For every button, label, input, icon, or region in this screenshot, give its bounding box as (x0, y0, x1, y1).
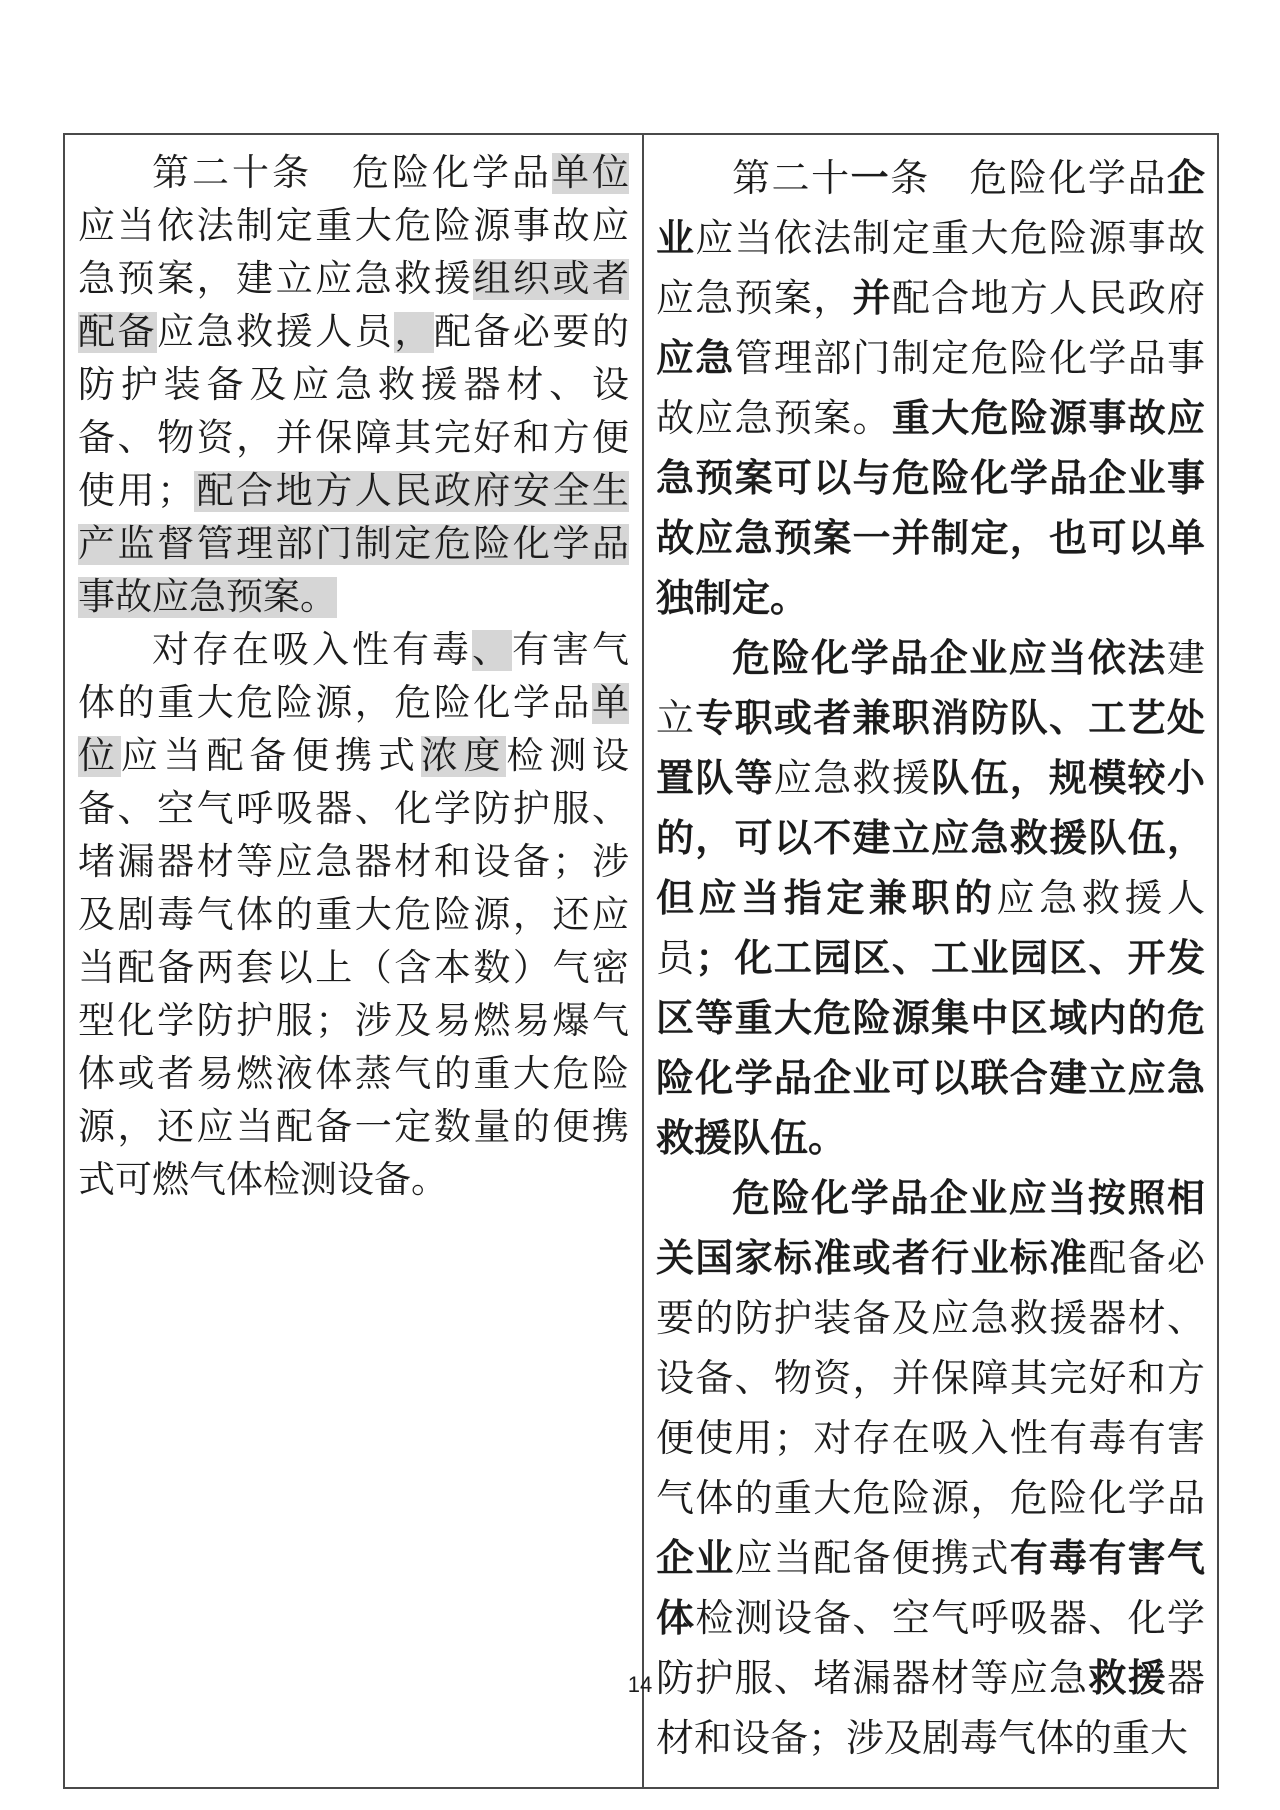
text-run: 应急救援 (774, 758, 931, 800)
highlighted-text-run: 单位 (552, 153, 629, 194)
left-column-cell: 第二十条 危险化学品单位应当依法制定重大危险源事故应急预案，建立应急救援组织或者… (64, 134, 643, 1788)
text-run: 第二十 (732, 158, 851, 200)
text-run: 检测设备、空气呼吸器、化学防护服、堵漏器材等应急器材和设备；涉及剧毒气体的重大危… (78, 736, 629, 1201)
document-page: 第二十条 危险化学品单位应当依法制定重大危险源事故应急预案，建立应急救援组织或者… (0, 0, 1280, 1810)
bold-text-run: 并 (853, 278, 892, 320)
comparison-table: 第二十条 危险化学品单位应当依法制定重大危险源事故应急预案，建立应急救援组织或者… (63, 133, 1219, 1789)
text-run: 配备必要的防护装备及应急救援器材、设备、物资，并保障其完好和方便使用；对存在吸入… (656, 1238, 1205, 1520)
text-run: 应急救援人员 (157, 312, 394, 353)
bold-text-run: 一 (851, 158, 891, 200)
text-run: 应当配备便携式 (735, 1538, 1010, 1580)
page-number: 14 (0, 1672, 1280, 1698)
text-run: 条 危险化学品 (890, 158, 1167, 200)
highlighted-text-run: 浓度 (421, 736, 507, 777)
text-run: 对存在吸入性有毒 (152, 630, 472, 671)
table-row: 第二十条 危险化学品单位应当依法制定重大危险源事故应急预案，建立应急救援组织或者… (64, 134, 1218, 1788)
left-paragraph-article-20: 第二十条 危险化学品单位应当依法制定重大危险源事故应急预案，建立应急救援组织或者… (78, 147, 629, 624)
right-paragraph-article-21: 第二十一条 危险化学品企业应当依法制定重大危险源事故应急预案，并配合地方人民政府… (656, 149, 1205, 629)
text-run: 应当配备便携式 (121, 736, 421, 777)
bold-text-run: ；化工园区、工业园区、开发区等重大危险源集中区域内的危险化学品企业可以联合建立应… (656, 938, 1205, 1160)
right-column-cell: 第二十一条 危险化学品企业应当依法制定重大危险源事故应急预案，并配合地方人民政府… (643, 134, 1218, 1788)
highlighted-text-run: 、 (472, 630, 512, 671)
text-run: 第二十条 危险化学品 (152, 153, 552, 194)
left-paragraph-article-20-continued: 对存在吸入性有毒、有害气体的重大危险源，危险化学品单位应当配备便携式浓度检测设备… (78, 624, 629, 1207)
bold-text-run: 应急 (656, 338, 735, 380)
right-paragraph-article-21-second: 危险化学品企业应当依法建立专职或者兼职消防队、工艺处置队等应急救援队伍，规模较小… (656, 629, 1205, 1169)
text-run: 配合地方人民政府 (892, 278, 1205, 320)
bold-text-run: 危险化学品企业应当依法 (732, 638, 1167, 680)
highlighted-text-run: ， (394, 312, 434, 353)
bold-text-run: 企业 (656, 1538, 735, 1580)
